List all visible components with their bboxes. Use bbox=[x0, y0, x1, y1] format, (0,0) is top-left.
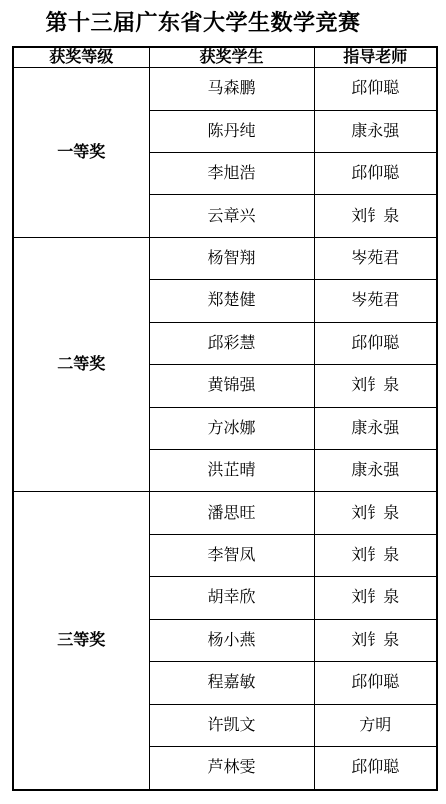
teacher-cell: 邱仰聪 bbox=[314, 662, 437, 704]
teacher-cell: 康永强 bbox=[314, 407, 437, 449]
teacher-cell: 邱仰聪 bbox=[314, 153, 437, 195]
student-cell: 马森鹏 bbox=[149, 68, 314, 110]
award-level-cell: 三等奖 bbox=[13, 492, 149, 790]
student-cell: 许凯文 bbox=[149, 704, 314, 746]
teacher-cell: 康永强 bbox=[314, 110, 437, 152]
student-cell: 杨智翔 bbox=[149, 237, 314, 279]
table-row: 二等奖杨智翔岑苑君 bbox=[13, 237, 437, 279]
teacher-cell: 岑苑君 bbox=[314, 280, 437, 322]
header-award-student: 获奖学生 bbox=[149, 47, 314, 68]
teacher-cell: 刘钅泉 bbox=[314, 365, 437, 407]
student-cell: 程嘉敏 bbox=[149, 662, 314, 704]
student-cell: 潘思旺 bbox=[149, 492, 314, 534]
teacher-cell: 刘钅泉 bbox=[314, 195, 437, 237]
student-cell: 杨小燕 bbox=[149, 619, 314, 661]
teacher-cell: 邱仰聪 bbox=[314, 68, 437, 110]
table-row: 三等奖潘思旺刘钅泉 bbox=[13, 492, 437, 534]
header-award-level: 获奖等级 bbox=[13, 47, 149, 68]
award-level-cell: 二等奖 bbox=[13, 237, 149, 492]
student-cell: 洪芷晴 bbox=[149, 449, 314, 491]
teacher-cell: 岑苑君 bbox=[314, 237, 437, 279]
student-cell: 云章兴 bbox=[149, 195, 314, 237]
table-row: 一等奖马森鹏邱仰聪 bbox=[13, 68, 437, 110]
teacher-cell: 邱仰聪 bbox=[314, 322, 437, 364]
teacher-cell: 邱仰聪 bbox=[314, 746, 437, 790]
teacher-cell: 刘钅泉 bbox=[314, 492, 437, 534]
teacher-cell: 康永强 bbox=[314, 449, 437, 491]
header-advisor-teacher: 指导老师 bbox=[314, 47, 437, 68]
student-cell: 方冰娜 bbox=[149, 407, 314, 449]
student-cell: 黄锦强 bbox=[149, 365, 314, 407]
header-row: 获奖等级 获奖学生 指导老师 bbox=[13, 47, 437, 68]
awards-table-body: 一等奖马森鹏邱仰聪陈丹纯康永强李旭浩邱仰聪云章兴刘钅泉二等奖杨智翔岑苑君郑楚健岑… bbox=[13, 68, 437, 790]
award-level-cell: 一等奖 bbox=[13, 68, 149, 238]
teacher-cell: 刘钅泉 bbox=[314, 534, 437, 576]
student-cell: 李智凤 bbox=[149, 534, 314, 576]
document-page: 第十三届广东省大学生数学竞赛 获奖等级 获奖学生 指导老师 一等奖马森鹏邱仰聪陈… bbox=[0, 8, 446, 791]
student-cell: 胡幸欣 bbox=[149, 577, 314, 619]
teacher-cell: 刘钅泉 bbox=[314, 577, 437, 619]
teacher-cell: 方明 bbox=[314, 704, 437, 746]
awards-table: 获奖等级 获奖学生 指导老师 一等奖马森鹏邱仰聪陈丹纯康永强李旭浩邱仰聪云章兴刘… bbox=[12, 46, 438, 791]
page-title: 第十三届广东省大学生数学竞赛 bbox=[0, 8, 406, 38]
student-cell: 李旭浩 bbox=[149, 153, 314, 195]
student-cell: 郑楚健 bbox=[149, 280, 314, 322]
student-cell: 陈丹纯 bbox=[149, 110, 314, 152]
teacher-cell: 刘钅泉 bbox=[314, 619, 437, 661]
student-cell: 芦林雯 bbox=[149, 746, 314, 790]
student-cell: 邱彩慧 bbox=[149, 322, 314, 364]
